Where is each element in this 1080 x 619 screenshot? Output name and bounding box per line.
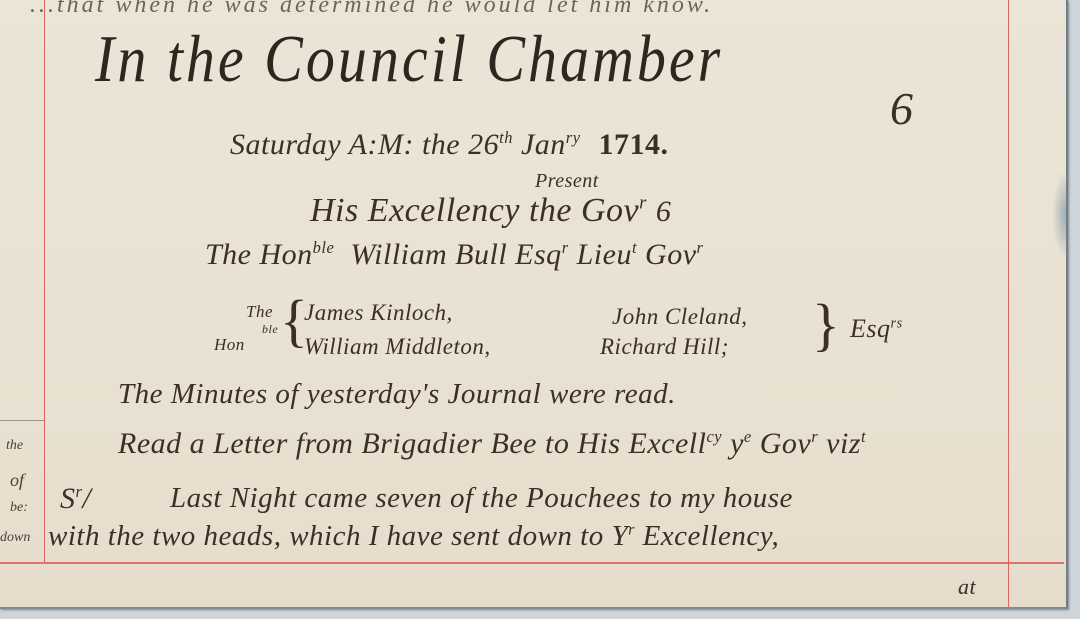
suffix-sup: rs: [891, 315, 903, 331]
salutation: Sr/: [60, 482, 91, 516]
letter-tail: viz: [818, 427, 861, 460]
honorific-sup: ble: [262, 322, 278, 337]
salutation-sup: r: [76, 482, 83, 501]
lt-gov-prefix-sup: ble: [313, 238, 335, 257]
lt-gov-name-sup: r: [562, 238, 569, 257]
date-line: Saturday A:M: the 26th Janry 1714.: [230, 128, 669, 162]
council-member: John Cleland,: [612, 304, 748, 330]
letter-body-line: with the two heads, which I have sent do…: [48, 520, 779, 553]
council-member: William Middleton,: [304, 334, 491, 360]
bottom-rule: [0, 562, 1064, 564]
margin-note: the: [6, 438, 23, 454]
lt-governor-line: The Honble William Bull Esqr Lieut Govr: [205, 238, 703, 272]
council-suffix: Esqrs: [850, 314, 903, 344]
catchword: at: [958, 574, 976, 600]
right-margin-rule: [1008, 0, 1009, 607]
letter-sup2: e: [744, 427, 752, 446]
lt-gov-prefix: The Hon: [205, 238, 313, 271]
lt-gov-name: William Bull Esq: [350, 238, 561, 271]
date-day: Saturday A:M:: [230, 128, 414, 161]
margin-note: of: [10, 470, 24, 491]
letter-end: Gov: [752, 427, 811, 460]
letter-text: Read a Letter from Brigadier Bee to His …: [118, 427, 706, 460]
present-label: Present: [535, 170, 599, 193]
letter-body-text: with the two heads, which I have sent do…: [48, 520, 628, 552]
date-month-sup: ry: [566, 128, 581, 147]
letter-sup4: t: [861, 427, 866, 446]
margin-note: down: [0, 530, 30, 546]
minutes-line: The Minutes of yesterday's Journal were …: [118, 378, 676, 411]
date-year: 1714.: [599, 128, 669, 161]
lt-gov-title2: Gov: [645, 238, 696, 271]
governor-text: His Excellency the Gov: [310, 192, 639, 229]
page-heading: In the Council Chamber: [95, 20, 723, 97]
margin-cross-rule: [0, 420, 44, 421]
top-line-text: ...that when he was determined he would …: [30, 0, 713, 19]
letter-body-end: Excellency,: [643, 520, 780, 552]
council-member: James Kinloch,: [304, 300, 453, 326]
governor-sup: r: [639, 193, 647, 214]
date-the: the: [422, 128, 460, 161]
letter-body-line: Last Night came seven of the Pouchees to…: [170, 482, 793, 515]
letter-intro-line: Read a Letter from Brigadier Bee to His …: [118, 427, 866, 461]
governor-mark: 6: [656, 195, 672, 228]
water-stain: [1052, 170, 1066, 260]
honorific-top: The: [246, 302, 273, 322]
lt-gov-title: Lieu: [577, 238, 632, 271]
left-margin-rule: [44, 0, 45, 562]
manuscript-page: ...that when he was determined he would …: [0, 0, 1068, 609]
council-member: Richard Hill;: [600, 334, 729, 360]
letter-sup1: cy: [706, 427, 722, 446]
letter-mid: y: [722, 427, 744, 460]
letter-body-sup: r: [628, 521, 635, 538]
lt-gov-title2-sup: r: [697, 238, 704, 257]
right-brace: }: [812, 296, 840, 354]
margin-note: be:: [10, 500, 28, 516]
lt-gov-title-sup: t: [632, 238, 637, 257]
honorific-bottom: Hon: [214, 335, 245, 355]
date-month: Jan: [521, 128, 566, 161]
suffix-text: Esq: [850, 314, 891, 343]
salutation-text: S: [60, 482, 76, 515]
governor-line: His Excellency the Govr 6: [310, 192, 671, 230]
date-day-sup: th: [499, 128, 513, 147]
date-day-num: 26: [468, 128, 499, 161]
page-number: 6: [890, 82, 913, 135]
